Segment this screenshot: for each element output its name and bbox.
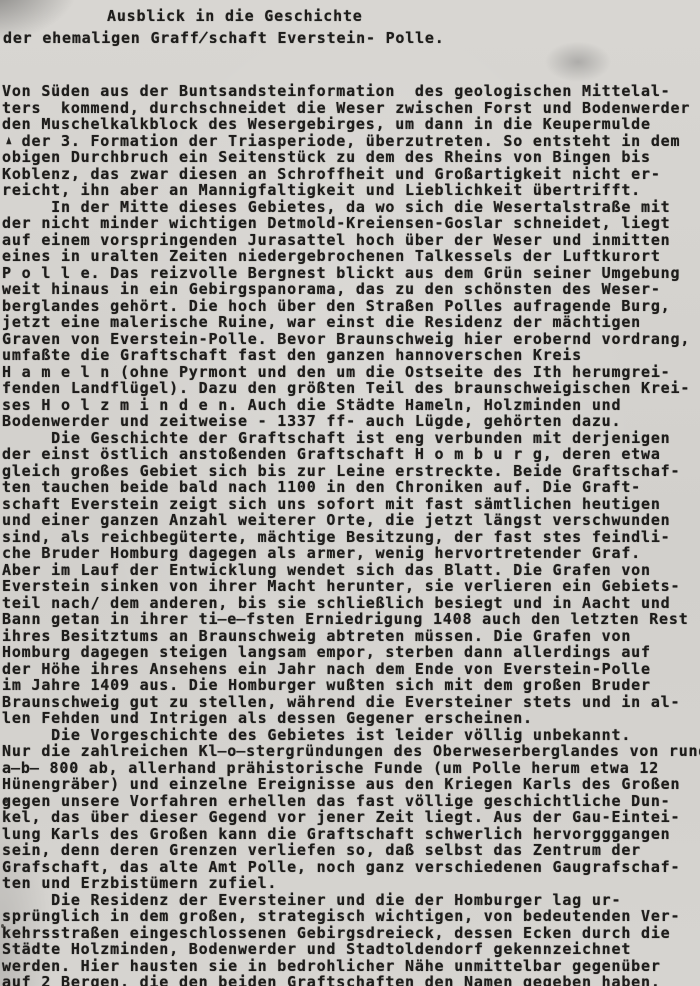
text-line: Graven von Everstein-Polle. Bevor Brauns… — [2, 331, 700, 348]
text-line: der nicht minder wichtigen Detmold-Kreie… — [2, 215, 700, 232]
title-line-1: Ausblick in die Geschichte — [0, 8, 700, 25]
text-line: P o l l e. Das reizvolle Bergnest blickt… — [2, 265, 700, 282]
text-line: der Höhe ihres Ansehens ein Jahr nach de… — [2, 661, 700, 678]
text-line: ters kommend, durchschneidet die Weser z… — [2, 100, 700, 117]
document-title: Ausblick in die Geschichte der ehemalige… — [0, 8, 700, 46]
text-line: Homburg dagegen steigen langsam empor, s… — [2, 644, 700, 661]
text-line: im Jahre 1409 aus. Die Homburger wußten … — [2, 677, 700, 694]
text-line: den Muschelkalkblock des Wesergebirges, … — [2, 116, 700, 133]
text-line: der einst östlich anstoßenden Graftschaf… — [2, 446, 700, 463]
text-line: berglandes gehört. Die hoch über den Str… — [2, 298, 700, 315]
text-line: obigen Durchbruch ein Seitenstück zu dem… — [2, 149, 700, 166]
text-line: kel, das über dieser Gegend vor jener Ze… — [2, 809, 700, 826]
text-line: H a m e l n (ohne Pyrmont und den um die… — [2, 364, 700, 381]
document-page: Ausblick in die Geschichte der ehemalige… — [0, 0, 700, 986]
text-line: umfaßte die Graftschaft fast den ganzen … — [2, 347, 700, 364]
text-line: Braunschweig gut zu stellen, während die… — [2, 694, 700, 711]
text-line: auf einem vorspringenden Jurasattel hoch… — [2, 232, 700, 249]
text-line: ses H o l z m i n d e n. Auch die Städte… — [2, 397, 700, 414]
text-line: kehrsstraßen eingeschlossenen Gebirgsdre… — [2, 925, 700, 942]
text-line: werden. Hier hausten sie in bedrohlicher… — [2, 958, 700, 975]
text-line: weit hinaus in ein Gebirgspanorama, das … — [2, 281, 700, 298]
text-line: jetzt eine malerische Ruine, war einst d… — [2, 314, 700, 331]
text-line: Bodenwerder und zeitweise - 1337 ff- auc… — [2, 413, 700, 430]
text-line: a̶b̶ 800 ab, allerhand prähistorische Fu… — [2, 760, 700, 777]
text-line: sind, als reichbegüterte, mächtige Besit… — [2, 529, 700, 546]
text-line: Everstein sinken von ihrer Macht herunte… — [2, 578, 700, 595]
text-line: Die Residenz der Eversteiner und die der… — [2, 892, 700, 909]
title-line-2: der ehemaligen Graff̸schaft Everstein- P… — [0, 30, 700, 47]
text-line: In der Mitte dieses Gebietes, da wo sich… — [2, 199, 700, 216]
text-line: Koblenz, das zwar diesen an Schroffheit … — [2, 166, 700, 183]
text-line: Bann getan in ihrer ti̶e̶fsten Erniedrig… — [2, 611, 700, 628]
text-line: gegen unsere Vorfahren erhellen das fast… — [2, 793, 700, 810]
text-line: che Bruder Homburg dagegen als armer, we… — [2, 545, 700, 562]
document-body: Von Süden aus der Buntsandsteinformation… — [2, 83, 700, 986]
text-line: Nur die zahlreichen Kl̶o̶stergründungen … — [2, 743, 700, 760]
text-line: ten und Erzbistümern zufiel. — [2, 875, 700, 892]
text-line: Städte Holzminden, Bodenwerder und Stadt… — [2, 941, 700, 958]
text-line: Die Geschichte der Graftschaft ist eng v… — [2, 430, 700, 447]
text-line: auf 2 Bergen, die den beiden Graftschaft… — [2, 974, 700, 986]
text-line: len Fehden und Intrigen als dessen Gegen… — [2, 710, 700, 727]
text-line: fenden Landflügel). Dazu den größten Tei… — [2, 380, 700, 397]
text-line: schaft Everstein zeigt sich uns sofort m… — [2, 496, 700, 513]
text-line: lung Karls des Großen kann die Graftscha… — [2, 826, 700, 843]
text-line: ihres Besitztums an Braunschweig abtrete… — [2, 628, 700, 645]
text-line: eines in uralten Zeiten niedergebrochene… — [2, 248, 700, 265]
text-line: sein, denn deren Grenzen verliefen so, d… — [2, 842, 700, 859]
text-line: ten tauchen beide bald nach 1100 in den … — [2, 479, 700, 496]
text-line: Von Süden aus der Buntsandsteinformation… — [2, 83, 700, 100]
text-line: gleich großes Gebiet sich bis zur Leine … — [2, 463, 700, 480]
text-line: sprünglich in dem großen, strategisch wi… — [2, 908, 700, 925]
text-line: Grafschaft, das alte Amt Polle, noch gan… — [2, 859, 700, 876]
text-line: Aber im Lauf der Entwicklung wendet sich… — [2, 562, 700, 579]
text-line: Hünengräber) und einzelne Ereignisse aus… — [2, 776, 700, 793]
text-line: der 3. Formation der Triasperiode, überz… — [2, 133, 700, 150]
text-line: reicht, ihn aber an Mannigfaltigkeit und… — [2, 182, 700, 199]
text-line: teil nach/ dem anderen, bis sie schließl… — [2, 595, 700, 612]
text-line: Die Vorgeschichte des Gebietes ist leide… — [2, 727, 700, 744]
text-line: und einer ganzen Anzahl weiterer Orte, d… — [2, 512, 700, 529]
